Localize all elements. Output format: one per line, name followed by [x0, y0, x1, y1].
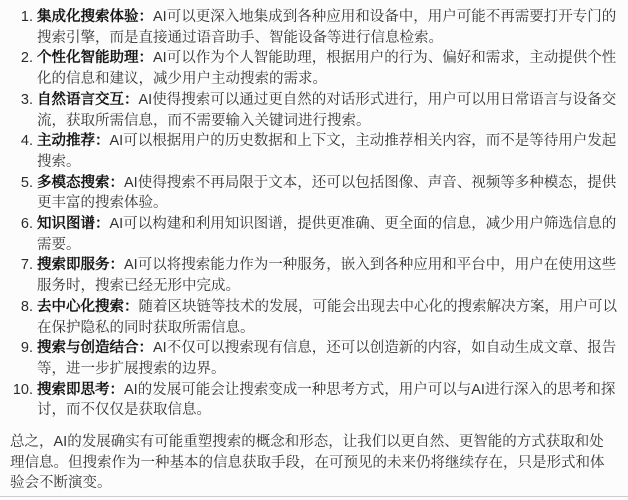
list-item-number: 7.: [10, 255, 33, 296]
list-item-number: 6.: [10, 214, 33, 255]
list-item-title: 去中心化搜索：: [37, 299, 139, 315]
list-item-title: 搜索与创造结合：: [37, 340, 153, 356]
list-item-number: 3.: [10, 90, 33, 131]
list-item-body: AI可以根据用户的历史数据和上下文，主动推荐相关内容，而不是等待用户发起搜索。: [37, 133, 616, 170]
list-item-number: 5.: [10, 173, 33, 214]
bottom-divider: [0, 496, 628, 497]
list-item: 5. 多模态搜索：AI使得搜索不再局限于文本，还可以包括图像、声音、视频等多种模…: [10, 173, 618, 214]
list-item-text: 搜索与创造结合：AI不仅可以搜索现有信息，还可以创造新的内容，如自动生成文章、报…: [37, 338, 618, 379]
list-item-text: 主动推荐：AI可以根据用户的历史数据和上下文，主动推荐相关内容，而不是等待用户发…: [37, 131, 618, 172]
summary-paragraph: 总之，AI的发展确实有可能重塑搜索的概念和形态，让我们以更自然、更智能的方式获取…: [10, 432, 618, 494]
list-item: 9. 搜索与创造结合：AI不仅可以搜索现有信息，还可以创造新的内容，如自动生成文…: [10, 338, 618, 379]
list-item-number: 1.: [10, 7, 33, 48]
list-item-text: 自然语言交互：AI使得搜索可以通过更自然的对话形式进行，用户可以用日常语言与设备…: [37, 90, 618, 131]
list-item-number: 2.: [10, 48, 33, 89]
list-item-body: AI可以将搜索能力作为一种服务，嵌入到各种应用和平台中，用户在使用这些服务时，搜…: [37, 257, 616, 294]
list-item-number: 4.: [10, 131, 33, 172]
list-item-text: 去中心化搜索：随着区块链等技术的发展，可能会出现去中心化的搜索解决方案，用户可以…: [37, 297, 618, 338]
list-item: 8. 去中心化搜索：随着区块链等技术的发展，可能会出现去中心化的搜索解决方案，用…: [10, 297, 618, 338]
list-item: 10. 搜索即思考：AI的发展可能会让搜索变成一种思考方式，用户可以与AI进行深…: [10, 380, 618, 421]
numbered-list: 1. 集成化搜索体验：AI可以更深入地集成到各种应用和设备中，用户可能不再需要打…: [10, 7, 618, 421]
list-item-text: 个性化智能助理：AI可以作为个人智能助理，根据用户的行为、偏好和需求，主动提供个…: [37, 48, 618, 89]
list-item-number: 10.: [10, 380, 33, 421]
list-item: 2. 个性化智能助理：AI可以作为个人智能助理，根据用户的行为、偏好和需求，主动…: [10, 48, 618, 89]
list-item-body: AI的发展可能会让搜索变成一种思考方式，用户可以与AI进行深入的思考和探讨，而不…: [37, 382, 615, 419]
list-item: 3. 自然语言交互：AI使得搜索可以通过更自然的对话形式进行，用户可以用日常语言…: [10, 90, 618, 131]
list-item-text: 搜索即思考：AI的发展可能会让搜索变成一种思考方式，用户可以与AI进行深入的思考…: [37, 380, 618, 421]
list-item-title: 知识图谱：: [37, 216, 110, 232]
list-item: 7. 搜索即服务：AI可以将搜索能力作为一种服务，嵌入到各种应用和平台中，用户在…: [10, 255, 618, 296]
list-item: 6. 知识图谱：AI可以构建和利用知识图谱，提供更准确、更全面的信息，减少用户筛…: [10, 214, 618, 255]
list-item-body: AI使得搜索不再局限于文本，还可以包括图像、声音、视频等多种模态，提供更丰富的搜…: [37, 175, 616, 212]
document-page: 1. 集成化搜索体验：AI可以更深入地集成到各种应用和设备中，用户可能不再需要打…: [0, 0, 628, 500]
list-item-title: 多模态搜索：: [37, 175, 124, 191]
list-item-number: 8.: [10, 297, 33, 338]
list-item-title: 个性化智能助理：: [37, 50, 153, 66]
list-item: 4. 主动推荐：AI可以根据用户的历史数据和上下文，主动推荐相关内容，而不是等待…: [10, 131, 618, 172]
list-item-title: 搜索即思考：: [37, 382, 124, 398]
list-item-title: 自然语言交互：: [37, 92, 139, 108]
list-item-body: AI可以构建和利用知识图谱，提供更准确、更全面的信息，减少用户筛选信息的需要。: [37, 216, 616, 253]
list-item-title: 主动推荐：: [37, 133, 110, 149]
list-item-text: 知识图谱：AI可以构建和利用知识图谱，提供更准确、更全面的信息，减少用户筛选信息…: [37, 214, 618, 255]
list-item-number: 9.: [10, 338, 33, 379]
list-item: 1. 集成化搜索体验：AI可以更深入地集成到各种应用和设备中，用户可能不再需要打…: [10, 7, 618, 48]
list-item-text: 多模态搜索：AI使得搜索不再局限于文本，还可以包括图像、声音、视频等多种模态，提…: [37, 173, 618, 214]
list-item-text: 搜索即服务：AI可以将搜索能力作为一种服务，嵌入到各种应用和平台中，用户在使用这…: [37, 255, 618, 296]
list-item-text: 集成化搜索体验：AI可以更深入地集成到各种应用和设备中，用户可能不再需要打开专门…: [37, 7, 618, 48]
list-item-title: 搜索即服务：: [37, 257, 124, 273]
list-item-title: 集成化搜索体验：: [37, 9, 153, 25]
